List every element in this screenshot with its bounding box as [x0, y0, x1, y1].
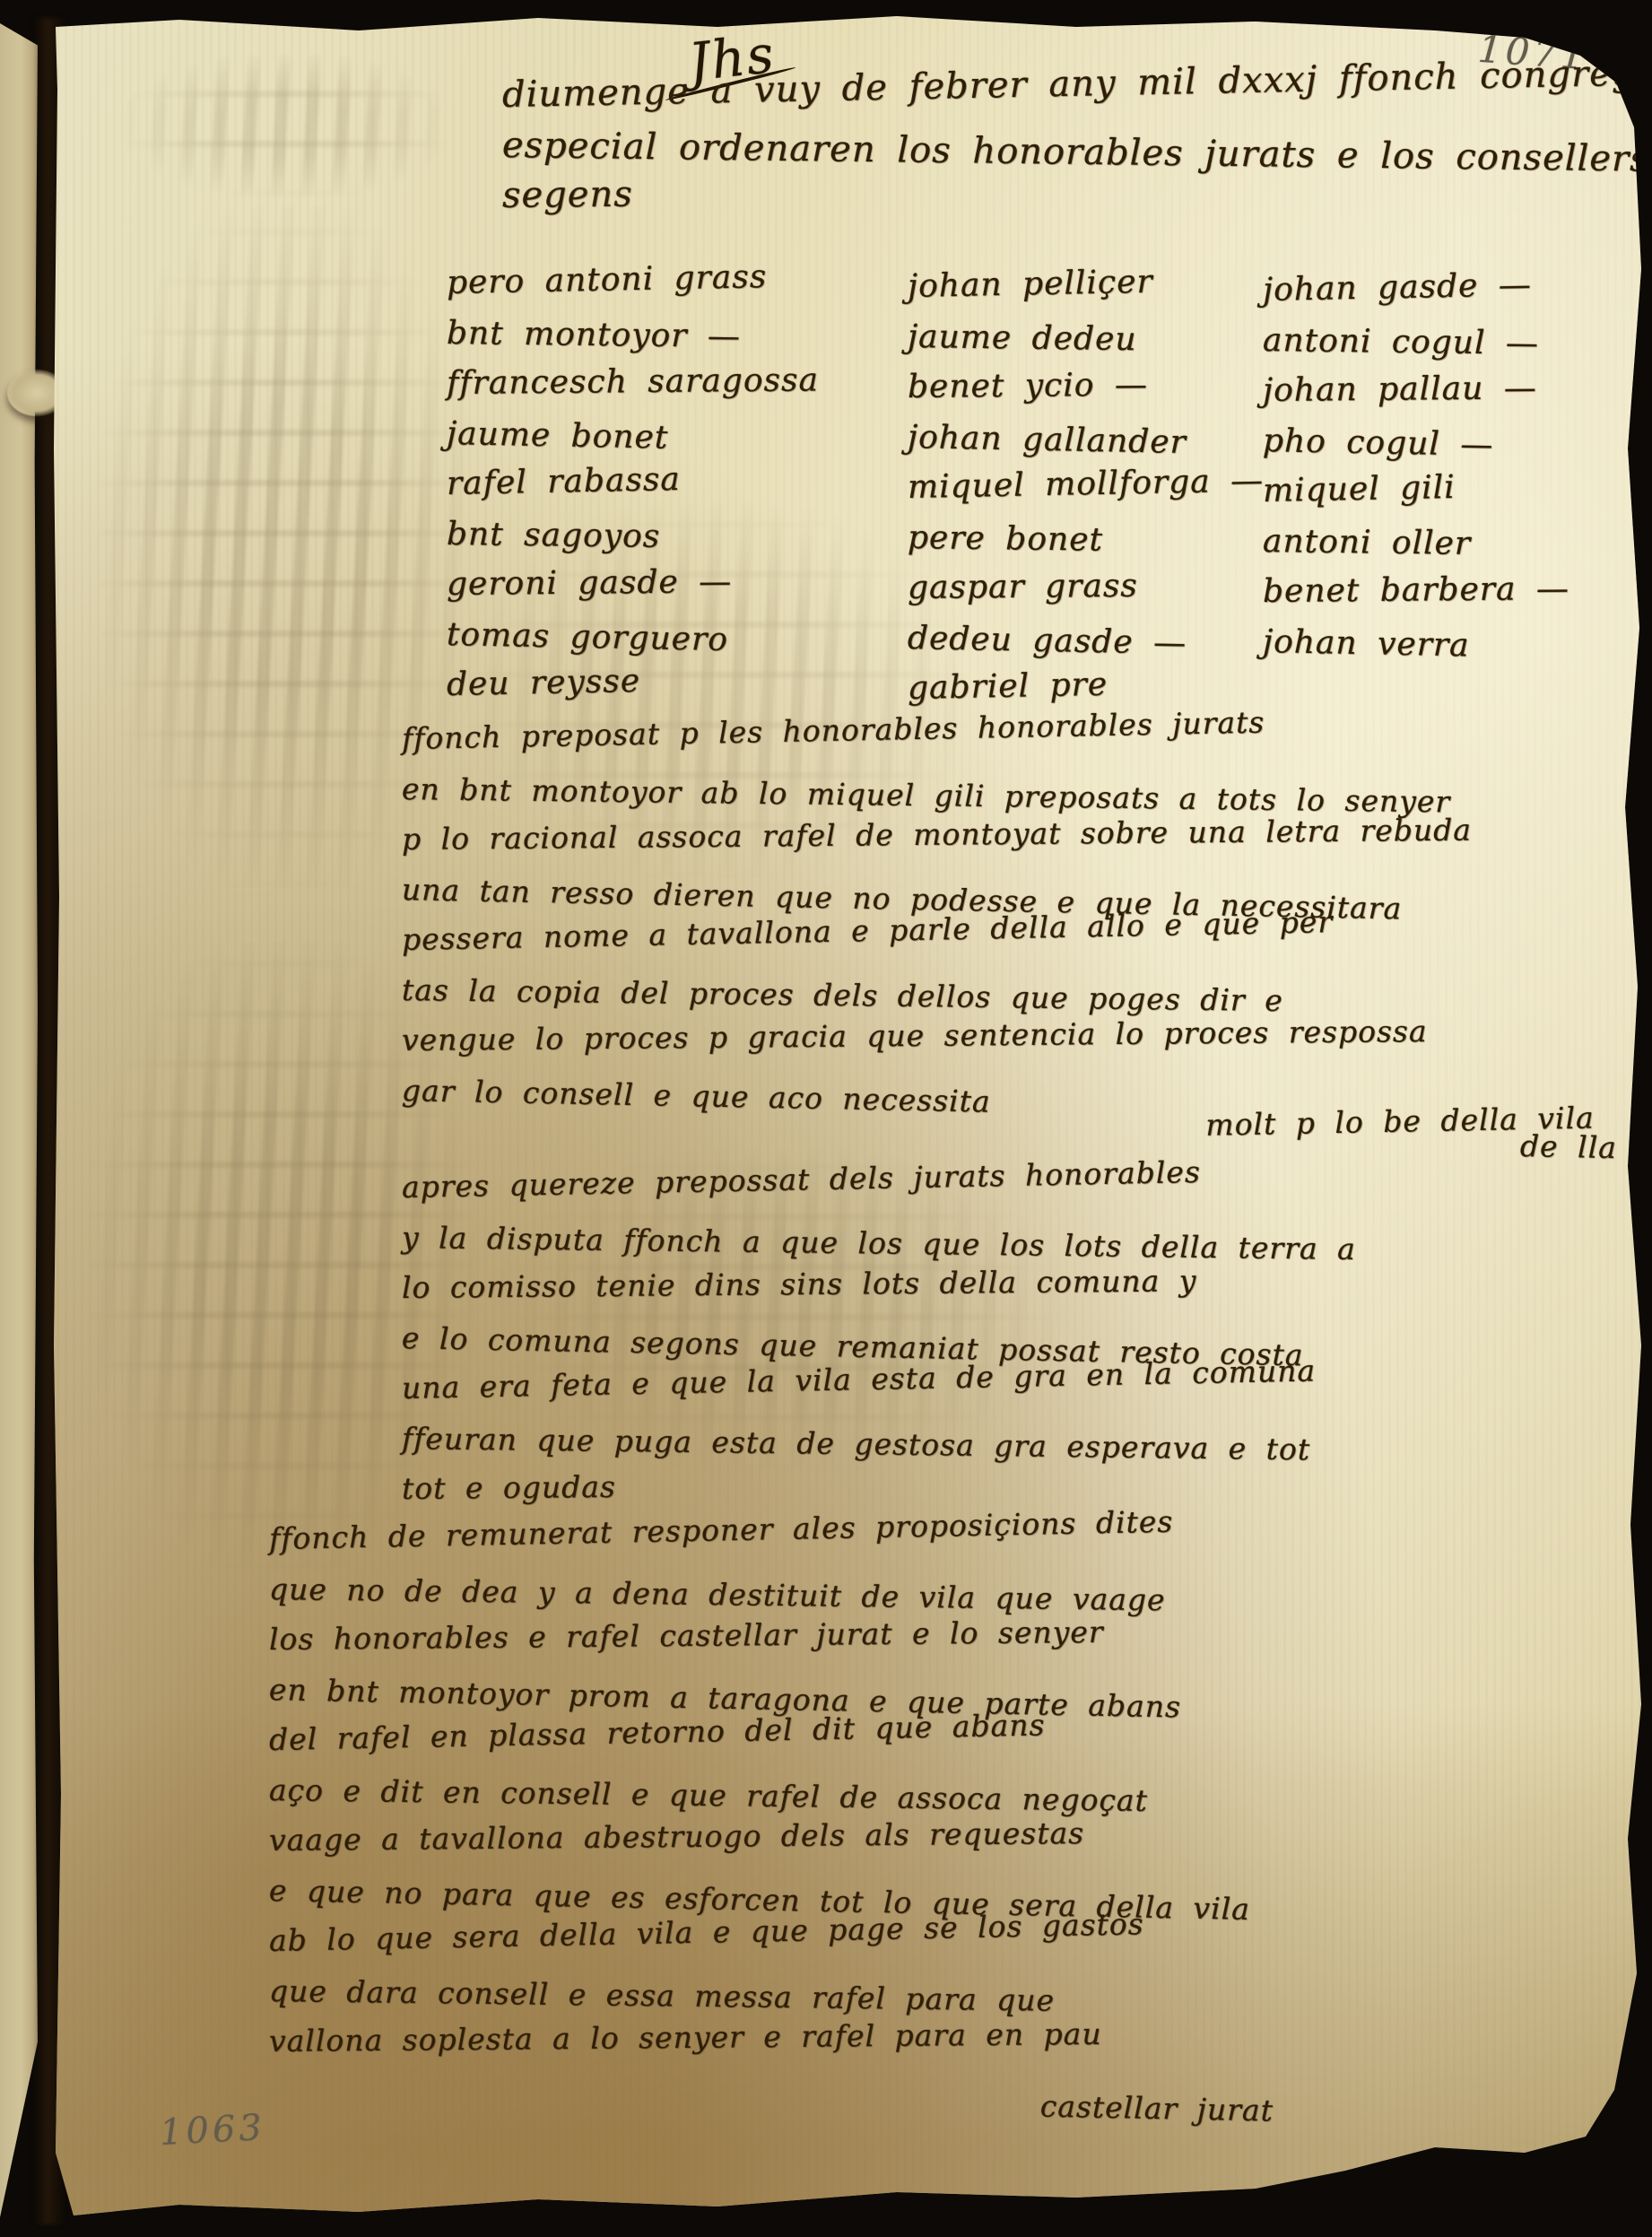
name-entry: antoni oller	[1263, 517, 1570, 570]
name-entry: bnt montoyor —	[447, 309, 820, 363]
name-entry: jaume dedeu	[908, 312, 1265, 367]
adjacent-page-edge	[0, 23, 38, 2217]
name-entry: pero antoni grass	[446, 251, 819, 309]
name-entry: benet barbera —	[1263, 564, 1569, 617]
paragraph-line: los honorables e rafel castellar jurat e…	[269, 1603, 1596, 1665]
bleed-through-marks	[126, 54, 448, 197]
folio-number-bottom-left: 1063	[159, 2107, 266, 2154]
name-column-1: pero antoni grass bnt montoyor — ffrance…	[447, 258, 819, 710]
heading-line: diumenge a vuy de febrer any mil dxxxj f…	[501, 45, 1652, 120]
heading-line: segens	[502, 159, 1652, 221]
name-entry: pere bonet	[908, 513, 1265, 568]
name-entry: johan verra	[1262, 617, 1569, 674]
name-column-2: johan pelliçer jaume dedeu benet ycio — …	[908, 262, 1264, 714]
name-entry: bnt sagoyos	[447, 509, 820, 564]
name-entry: johan gasde —	[1262, 259, 1569, 316]
paragraph-line: p lo racional assoca rafel de montoyat s…	[402, 804, 1595, 865]
paragraph-2: apres quereze prepossat dels jurats hono…	[269, 1162, 1652, 1514]
name-entry: benet ycio —	[908, 360, 1265, 413]
name-entry: geroni gasde —	[447, 556, 819, 610]
paragraph-hanging-phrase: de lla vila	[1520, 1121, 1652, 1175]
name-entry: gaspar grass	[908, 561, 1265, 614]
paragraph-line: vengue lo proces p gracia que sentencia …	[402, 1005, 1595, 1066]
name-entry: ffrancesch saragossa	[447, 355, 819, 409]
name-entry: antoni cogul —	[1263, 316, 1570, 370]
name-entry: johan pelliçer	[907, 255, 1264, 312]
paragraph-1: ffonch preposat p les honorables honorab…	[402, 714, 1595, 1166]
name-entry: miquel mollforga —	[907, 456, 1264, 513]
paragraph-line: vallona soplesta a lo senyer e rafel par…	[269, 2005, 1596, 2067]
name-column-3: johan gasde — antoni cogul — johan palla…	[1263, 265, 1569, 667]
paragraph-line: lo comisso tenie dins sins lots della co…	[402, 1251, 1652, 1313]
paragraph-line: vaage a tavallona abestruogo dels als re…	[269, 1804, 1596, 1866]
paragraph-3: ffonch de remunerat responer ales propos…	[269, 1514, 1596, 2117]
name-entry: johan pallau —	[1263, 363, 1569, 416]
name-entry: rafel rabassa	[446, 452, 819, 509]
name-entry: miquel gili	[1262, 460, 1569, 517]
heading-block: diumenge a vuy de febrer any mil dxxxj f…	[502, 70, 1652, 221]
paragraph-line: castellar jurat	[268, 2067, 1596, 2142]
manuscript-page: 1071 1063 Jhs diumenge a vuy de febrer a…	[0, 0, 1652, 2237]
name-entry: deu reysse	[446, 653, 819, 710]
manuscript-scan: 1071 1063 Jhs diumenge a vuy de febrer a…	[0, 0, 1652, 2237]
